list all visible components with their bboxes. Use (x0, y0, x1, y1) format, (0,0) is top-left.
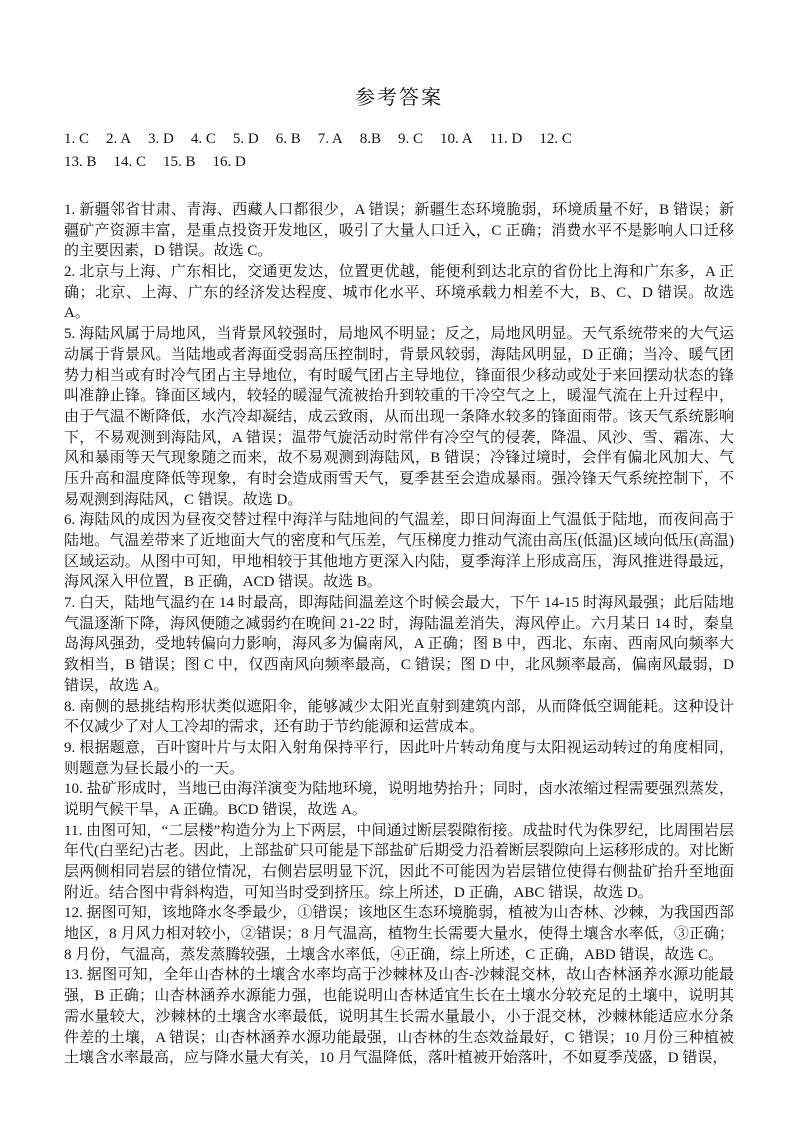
answer-item-14: 14. C (114, 151, 147, 174)
answer-item-7: 7. A (318, 128, 343, 151)
explanation-paragraph-12: 12. 据图可知，该地降水冬季最少，①错误；该地区生态环境脆弱，植被为山杏林、沙… (64, 903, 734, 965)
answer-key-row-1: 1. C 2. A 3. D 4. C 5. D 6. B 7. A 8.B 9… (64, 128, 734, 151)
answer-item-15: 15. B (163, 151, 196, 174)
explanation-paragraph-9: 9. 根据题意，百叶窗叶片与太阳入射角保持平行，因此叶片转动角度与太阳视运动转过… (64, 738, 734, 779)
answer-item-10: 10. A (440, 128, 473, 151)
answer-item-5: 5. D (233, 128, 259, 151)
answer-item-8: 8.B (360, 128, 381, 151)
answer-item-3: 3. D (148, 128, 174, 151)
answer-item-2: 2. A (106, 128, 131, 151)
answer-key-row-2: 13. B 14. C 15. B 16. D (64, 151, 734, 174)
page-title: 参考答案 (64, 84, 734, 112)
answer-key-page: 参考答案 1. C 2. A 3. D 4. C 5. D 6. B 7. A … (0, 0, 794, 1123)
answer-item-6: 6. B (276, 128, 301, 151)
answer-item-16: 16. D (213, 151, 246, 174)
explanation-paragraph-5: 5. 海陆风属于局地风，当背景风较强时，局地风不明显；反之，局地风明显。天气系统… (64, 324, 734, 510)
answer-item-13: 13. B (64, 151, 97, 174)
answer-item-1: 1. C (64, 128, 89, 151)
answer-item-4: 4. C (191, 128, 216, 151)
answer-item-12: 12. C (539, 128, 572, 151)
answer-item-11: 11. D (490, 128, 523, 151)
explanation-paragraph-10: 10. 盐矿形成时，当地已由海洋演变为陆地环境，说明地势抬升；同时，卤水浓缩过程… (64, 779, 734, 820)
explanation-paragraph-2: 2. 北京与上海、广东相比，交通更发达，位置更优越，能便利到达北京的省份比上海和… (64, 262, 734, 324)
explanation-paragraph-8: 8. 南侧的悬挑结构形状类似遮阳伞，能够减少太阳光直射到建筑内部，从而降低空调能… (64, 697, 734, 738)
explanation-paragraph-11: 11. 由图可知，“二层楼”构造分为上下两层，中间通过断层裂隙衔接。成盐时代为侏… (64, 821, 734, 904)
answer-item-9: 9. C (398, 128, 423, 151)
explanation-paragraph-7: 7. 白天，陆地气温约在 14 时最高，即海陆间温差这个时候会最大，下午 14-… (64, 593, 734, 696)
explanation-paragraph-6: 6. 海陆风的成因为昼夜交替过程中海洋与陆地间的气温差，即日间海面上气温低于陆地… (64, 510, 734, 593)
explanation-paragraph-1: 1. 新疆邻省甘肃、青海、西藏人口都很少，A 错误；新疆生态环境脆弱，环境质量不… (64, 200, 734, 262)
explanation-paragraph-13: 13. 据图可知，全年山杏林的土壤含水率均高于沙棘林及山杏-沙棘混交林，故山杏林… (64, 965, 734, 1068)
explanation-list: 1. 新疆邻省甘肃、青海、西藏人口都很少，A 错误；新疆生态环境脆弱，环境质量不… (64, 200, 734, 1069)
